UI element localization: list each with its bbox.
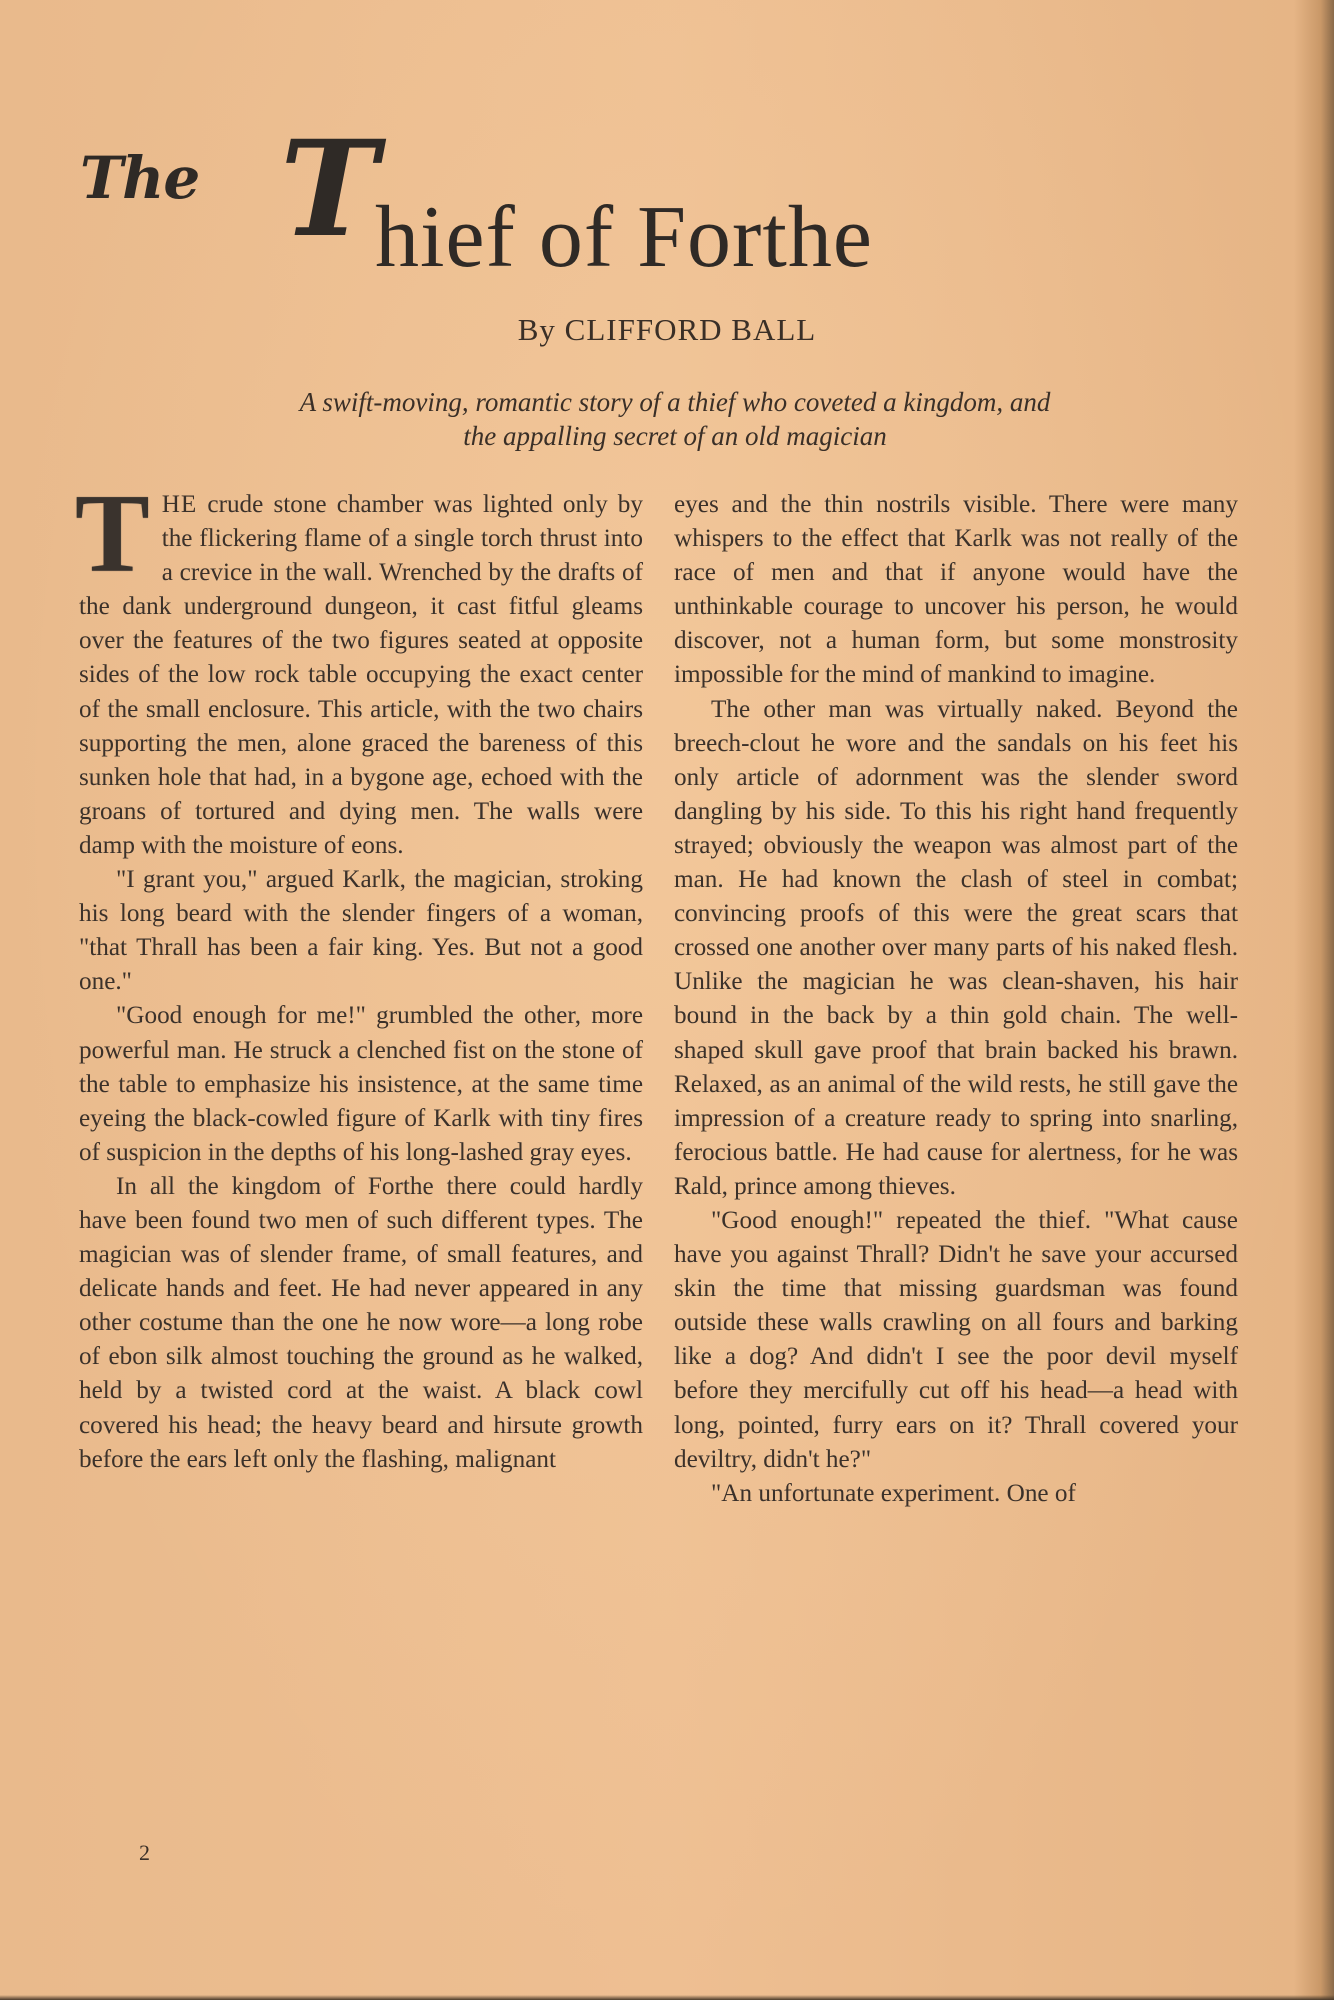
- page-edge-shadow: [0, 1995, 1334, 2000]
- paragraph: "I grant you," argued Karlk, the magicia…: [79, 863, 643, 999]
- paragraph: The other man was virtually naked. Beyon…: [674, 693, 1238, 1204]
- title-article: The: [80, 144, 199, 212]
- paragraph: "An unfortunate experiment. One of: [674, 1477, 1238, 1511]
- drop-cap: T: [75, 490, 150, 586]
- story-title: The T hief of Forthe: [70, 130, 1170, 300]
- deck-line-2: the appalling secret of an old magician: [170, 419, 1180, 453]
- paragraph-text: crude stone chamber was lighted only by …: [79, 491, 643, 859]
- magazine-page: The T hief of Forthe By CLIFFORD BALL A …: [0, 0, 1334, 2000]
- title-ornamental-initial: T: [280, 124, 378, 256]
- paragraph: eyes and the thin nostrils visible. Ther…: [674, 488, 1238, 693]
- byline: By CLIFFORD BALL: [0, 312, 1334, 348]
- first-word-caps: HE: [162, 491, 198, 518]
- paragraph: "Good enough for me!" grumbled the other…: [79, 999, 643, 1169]
- page-number: 2: [139, 1840, 150, 1866]
- paragraph: THE crude stone chamber was lighted only…: [79, 488, 643, 863]
- title-remainder: hief of Forthe: [375, 194, 873, 282]
- right-column: eyes and the thin nostrils visible. Ther…: [674, 488, 1238, 1511]
- story-deck: A swift-moving, romantic story of a thie…: [170, 385, 1180, 453]
- left-column: THE crude stone chamber was lighted only…: [79, 488, 643, 1477]
- paragraph: In all the kingdom of Forthe there could…: [79, 1170, 643, 1477]
- paragraph: "Good enough!" repeated the thief. "What…: [674, 1204, 1238, 1477]
- deck-line-1: A swift-moving, romantic story of a thie…: [170, 385, 1180, 419]
